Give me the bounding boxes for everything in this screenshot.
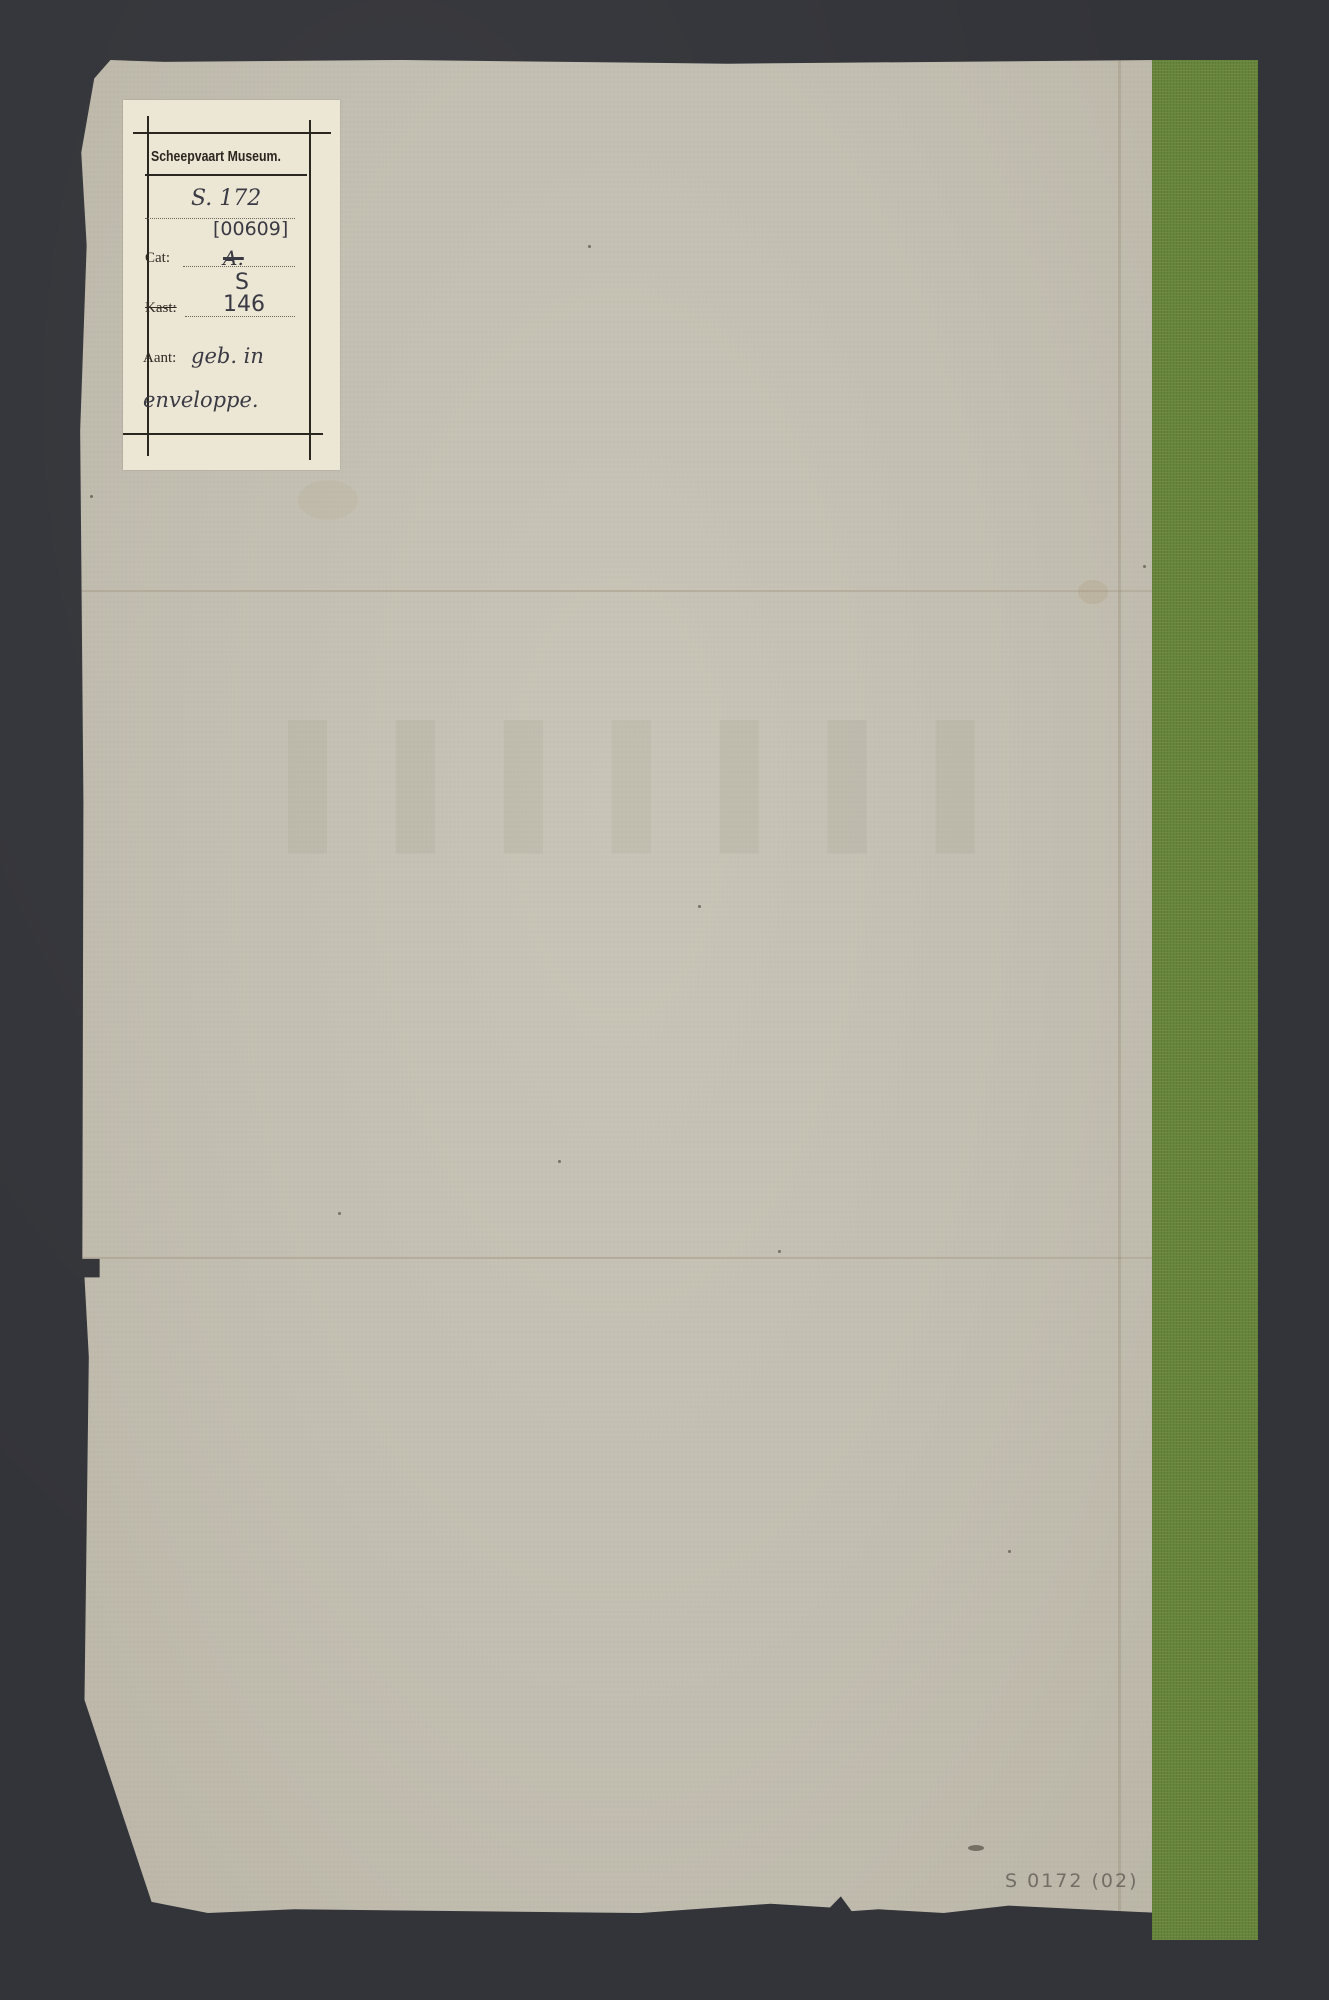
speck bbox=[1143, 565, 1146, 568]
museum-catalog-label: Scheepvaart Museum. S. 172 [00609] Cat: … bbox=[123, 100, 340, 470]
aant-label: Aant: bbox=[143, 350, 176, 367]
label-frame-bottom bbox=[123, 433, 323, 435]
pencil-inventory-note: S 0172 (02) bbox=[1005, 1870, 1139, 1892]
speck bbox=[90, 495, 93, 498]
stain bbox=[298, 480, 358, 520]
green-binding-tape bbox=[1152, 60, 1258, 1940]
speck bbox=[778, 1250, 781, 1253]
title-underline bbox=[145, 174, 307, 176]
kast-value: 146 bbox=[223, 292, 265, 317]
aant-value-line1: geb. in bbox=[191, 344, 264, 368]
kast-label: Kast: bbox=[145, 300, 177, 317]
handwritten-number: S. 172 bbox=[191, 186, 261, 211]
aant-value-line2: enveloppe. bbox=[143, 388, 259, 412]
speck bbox=[338, 1212, 341, 1215]
label-frame-right bbox=[309, 120, 311, 460]
speck bbox=[1008, 1550, 1011, 1553]
stain bbox=[1078, 580, 1108, 604]
cat-label: Cat: bbox=[145, 250, 170, 267]
fold-line-upper bbox=[78, 590, 1160, 592]
cat-value-struck: A. bbox=[223, 246, 244, 270]
tear-mark bbox=[968, 1845, 984, 1851]
bracketed-number: [00609] bbox=[213, 218, 288, 240]
fold-line-lower bbox=[78, 1257, 1160, 1259]
speck bbox=[588, 245, 591, 248]
fold-line-vertical bbox=[1118, 60, 1121, 1913]
speck bbox=[698, 905, 701, 908]
speck bbox=[558, 1160, 561, 1163]
label-frame-top bbox=[133, 132, 331, 134]
show-through-text: ▌▌▌▌▌▌▌ bbox=[288, 720, 1044, 847]
label-title: Scheepvaart Museum. bbox=[151, 148, 282, 165]
